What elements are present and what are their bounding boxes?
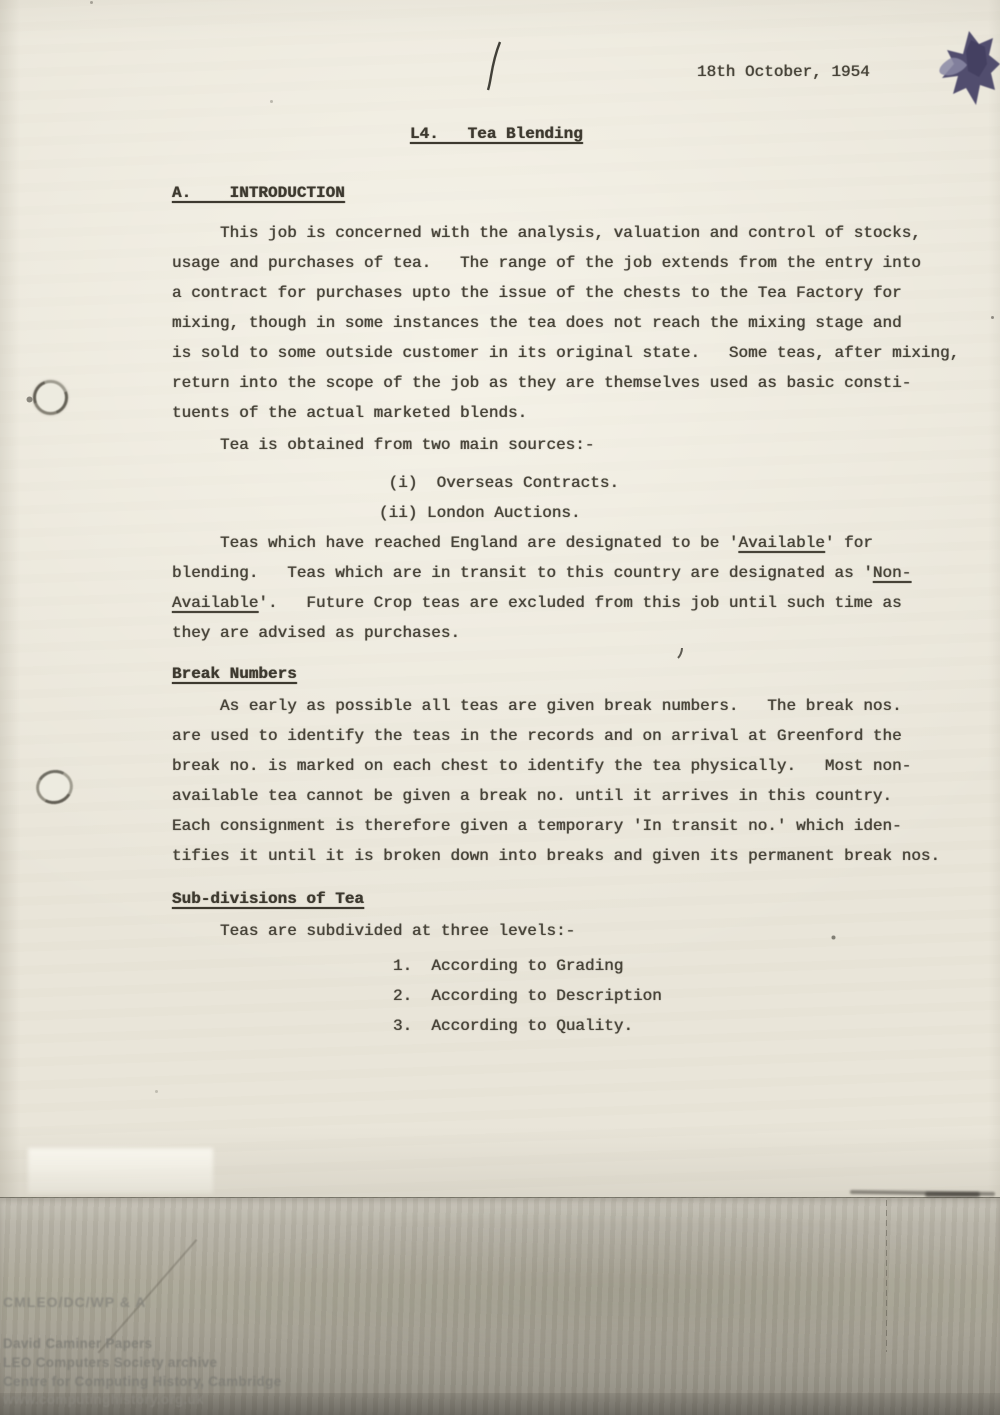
pen-stroke-mark	[484, 40, 506, 92]
section-heading-introduction: A. INTRODUCTION	[172, 178, 345, 208]
sources-list: (i) Overseas Contracts. (ii) London Auct…	[379, 468, 799, 528]
sources-intro-line: Tea is obtained from two main sources:-	[172, 430, 994, 460]
subdivisions-intro-line: Teas are subdivided at three levels:-	[172, 916, 994, 946]
ink-blot	[935, 28, 1000, 113]
watermark-institution: Centre for Computing History, Cambridge	[3, 1372, 281, 1391]
availability-text-3: '. Future Crop teas are excluded from th…	[172, 594, 902, 642]
section-heading-subdivisions: Sub-divisions of Tea	[172, 884, 364, 914]
document-title: L4. Tea Blending	[410, 119, 583, 149]
document-title-text: L4. Tea Blending	[410, 125, 583, 143]
pen-tick-mark	[676, 646, 686, 660]
break-numbers-paragraph: As early as possible all teas are given …	[172, 691, 994, 871]
paper-corner-highlight	[28, 1148, 213, 1194]
scan-vertical-line	[886, 1200, 887, 1352]
section-heading-introduction-text: A. INTRODUCTION	[172, 184, 345, 202]
document-date: 18th October, 1954	[697, 57, 870, 87]
watermark-collection: David Caminer Papers	[3, 1334, 281, 1353]
watermark-reference: CMLEO/DC/WP & A	[3, 1294, 146, 1310]
watermark-archive: LEO Computers Society archive	[3, 1353, 281, 1372]
availability-paragraph: Teas which have reached England are desi…	[172, 528, 994, 648]
available-term: Available	[739, 534, 825, 552]
section-heading-subdivisions-text: Sub-divisions of Tea	[172, 890, 364, 908]
availability-text-1: Teas which have reached England are desi…	[172, 534, 739, 552]
watermark-attribution: David Caminer Papers LEO Computers Socie…	[3, 1334, 281, 1391]
intro-paragraph: This job is concerned with the analysis,…	[172, 218, 994, 428]
subdivisions-list: 1. According to Grading 2. According to …	[393, 951, 813, 1041]
watermark-url: www.computinghistory.org.uk	[3, 1392, 204, 1407]
section-heading-break-numbers-text: Break Numbers	[172, 665, 297, 683]
scanned-document-page: 18th October, 1954 L4. Tea Blending A. I…	[0, 0, 1000, 1415]
section-heading-break-numbers: Break Numbers	[172, 659, 297, 689]
page-edge-smudge-dark	[925, 1192, 980, 1197]
